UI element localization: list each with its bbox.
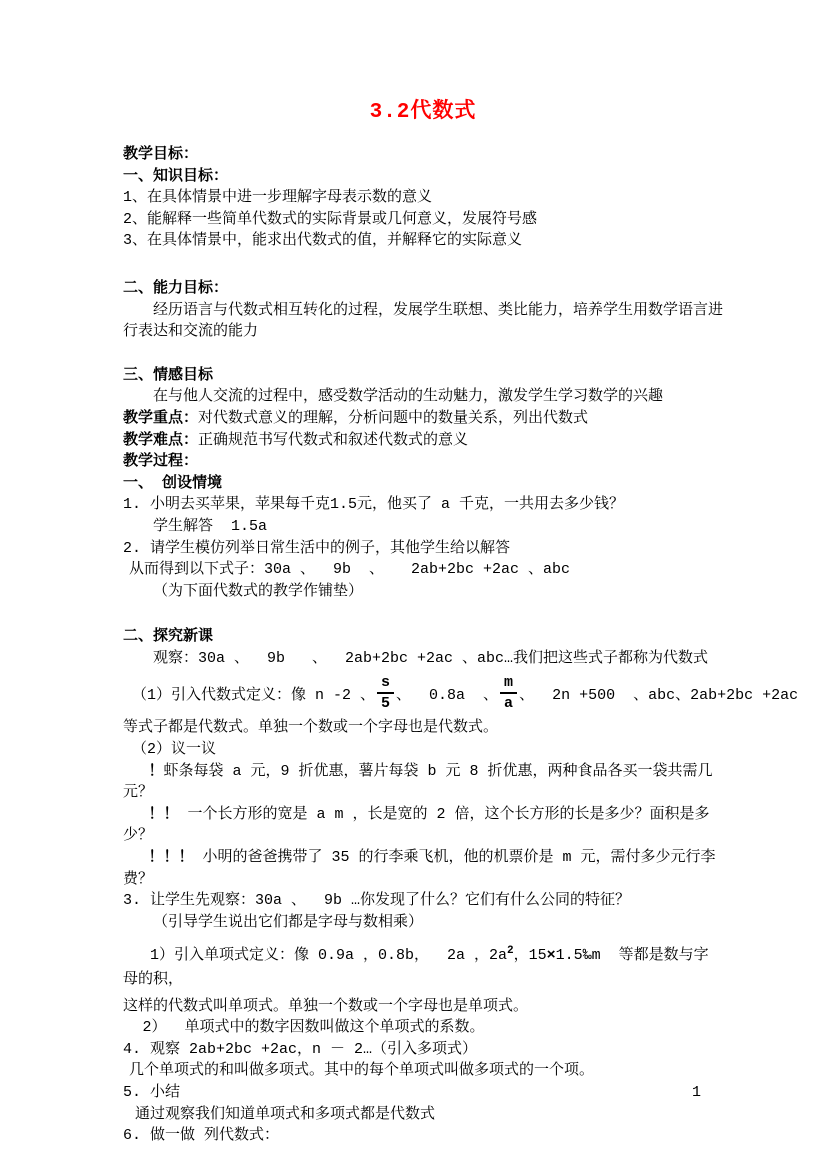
fraction-numerator: s xyxy=(377,674,394,694)
document-page: 3.2代数式 教学目标： 一、知识目标： 1、在具体情景中进一步理解字母表示数的… xyxy=(0,0,827,1170)
scene-note: （为下面代数式的教学作铺垫） xyxy=(123,581,723,603)
discuss-item-3: ！！！ 小明的爸爸携带了 35 的行李乘飞机，他的机票价是 m 元，需付多少元行… xyxy=(123,847,723,890)
spacer xyxy=(123,933,723,945)
scene-item-1: 1. 小明去买苹果，苹果每千克1.5元，他买了 a 千克，一共用去多少钱？ xyxy=(123,494,723,516)
fraction-s-over-5: s 5 xyxy=(377,674,394,713)
key-point-label: 教学重点： xyxy=(123,410,198,427)
monomial-continuation: 这样的代数式叫单项式。单独一个数或一个字母也是单项式。 xyxy=(123,996,723,1018)
difficulty-text: 正确规范书写代数式和叙述代数式的意义 xyxy=(198,432,468,449)
emotion-text: 在与他人交流的过程中，感受数学活动的生动魅力，激发学生学习数学的兴趣 xyxy=(123,386,723,408)
discuss-heading: （2）议一议 xyxy=(123,739,723,761)
page-title: 3.2代数式 xyxy=(123,100,723,126)
page-number: 1 xyxy=(692,1082,701,1104)
observe-text: 观察：30a 、 9b 、 2ab+2bc +2ac 、abc…我们把这些式子都… xyxy=(123,648,723,670)
objectives-label: 教学目标： xyxy=(123,144,723,166)
document-content: 3.2代数式 教学目标： 一、知识目标： 1、在具体情景中进一步理解字母表示数的… xyxy=(123,100,723,1147)
knowledge-heading: 一、知识目标： xyxy=(123,166,723,188)
observe2-note: （引导学生说出它们都是字母与数相乘） xyxy=(123,912,723,934)
superscript-2: 2 xyxy=(507,945,514,957)
key-point-line: 教学重点：对代数式意义的理解，分析问题中的数量关系，列出代数式 xyxy=(123,408,723,430)
polynomial-definition: 几个单项式的和叫做多项式。其中的每个单项式叫做多项式的一个项。 xyxy=(123,1060,723,1082)
knowledge-item-3: 3、在具体情景中，能求出代数式的值，并解释它的实际意义 xyxy=(123,230,723,252)
fraction-denominator: a xyxy=(504,694,513,712)
explore-heading: 二、探究新课 xyxy=(123,626,723,648)
monomial-prefix: 1）引入单项式定义：像 0.9a ，0.8b， 2a ，2a xyxy=(150,947,507,964)
exclamation-mark: ！ xyxy=(149,763,164,780)
definition-mid: 、 0.8a 、 xyxy=(396,683,498,704)
scene-heading: 一、 创设情境 xyxy=(123,473,723,495)
knowledge-item-2: 2、能解释一些简单代数式的实际背景或几何意义，发展符号感 xyxy=(123,209,723,231)
exclamation-mark: ！！！ xyxy=(149,849,194,866)
ability-heading: 二、能力目标： xyxy=(123,278,723,300)
definition-suffix: 、 2n +500 、abc、2ab+2bc +2ac xyxy=(519,683,798,704)
summary-text: 通过观察我们知道单项式和多项式都是代数式 xyxy=(123,1104,723,1126)
monomial-definition-line: 1）引入单项式定义：像 0.9a ，0.8b， 2a ，2a2，15×1.5‰m… xyxy=(123,945,723,990)
polynomial-text: 4. 观察 2ab+2bc +2ac，n － 2…（引入多项式） xyxy=(123,1039,723,1061)
exclamation-mark: ！！ xyxy=(149,806,179,823)
discuss-text-3: 小明的爸爸携带了 35 的行李乘飞机，他的机票价是 m 元，需付多少元行李费？ xyxy=(123,849,716,888)
spacer xyxy=(123,602,723,626)
spacer xyxy=(123,343,723,365)
scene-item-2: 2. 请学生模仿列举日常生活中的例子，其他学生给以解答 xyxy=(123,538,723,560)
discuss-item-1: ！虾条每袋 a 元，9 折优惠，薯片每袋 b 元 8 折优惠，两种食品各买一袋共… xyxy=(123,761,723,804)
discuss-text-2: 一个长方形的宽是 a m ，长是宽的 2 倍，这个长方形的长是多少？面积是多少？ xyxy=(123,806,710,845)
fraction-m-over-a: m a xyxy=(500,674,517,713)
key-point-text: 对代数式意义的理解，分析问题中的数量关系，列出代数式 xyxy=(198,410,588,427)
fraction-numerator: m xyxy=(500,674,517,694)
observe2-text: 3. 让学生先观察：30a 、 9b …你发现了什么？它们有什么公同的特征？ xyxy=(123,890,723,912)
discuss-text-1: 虾条每袋 a 元，9 折优惠，薯片每袋 b 元 8 折优惠，两种食品各买一袋共需… xyxy=(123,763,713,802)
scene-expressions: 从而得到以下式子：30a 、 9b 、 2ab+2bc +2ac 、abc xyxy=(123,559,723,581)
definition-continuation: 等式子都是代数式。单独一个数或一个字母也是代数式。 xyxy=(123,717,723,739)
difficulty-label: 教学难点： xyxy=(123,432,198,449)
fraction-denominator: 5 xyxy=(381,694,390,712)
monomial-mid: ，15 xyxy=(514,947,547,964)
process-label: 教学过程： xyxy=(123,451,723,473)
scene-answer: 学生解答 1.5a xyxy=(123,516,723,538)
spacer xyxy=(123,252,723,278)
difficulty-line: 教学难点：正确规范书写代数式和叙述代数式的意义 xyxy=(123,430,723,452)
practice-heading: 6. 做一做 列代数式： xyxy=(123,1125,723,1147)
summary-heading: 5. 小结 xyxy=(123,1082,723,1104)
multiplication-sign: × xyxy=(547,947,556,964)
discuss-item-2: ！！ 一个长方形的宽是 a m ，长是宽的 2 倍，这个长方形的长是多少？面积是… xyxy=(123,804,723,847)
algebraic-definition-line: （1）引入代数式定义：像 n -2 、 s 5 、 0.8a 、 m a 、 2… xyxy=(123,669,723,717)
emotion-heading: 三、情感目标 xyxy=(123,365,723,387)
ability-text: 经历语言与代数式相互转化的过程，发展学生联想、类比能力，培养学生用数学语言进行表… xyxy=(123,300,723,343)
knowledge-item-1: 1、在具体情景中进一步理解字母表示数的意义 xyxy=(123,187,723,209)
definition-prefix: （1）引入代数式定义：像 n -2 、 xyxy=(132,683,375,704)
coefficient-text: 2） 单项式中的数字因数叫做这个单项式的系数。 xyxy=(123,1017,723,1039)
